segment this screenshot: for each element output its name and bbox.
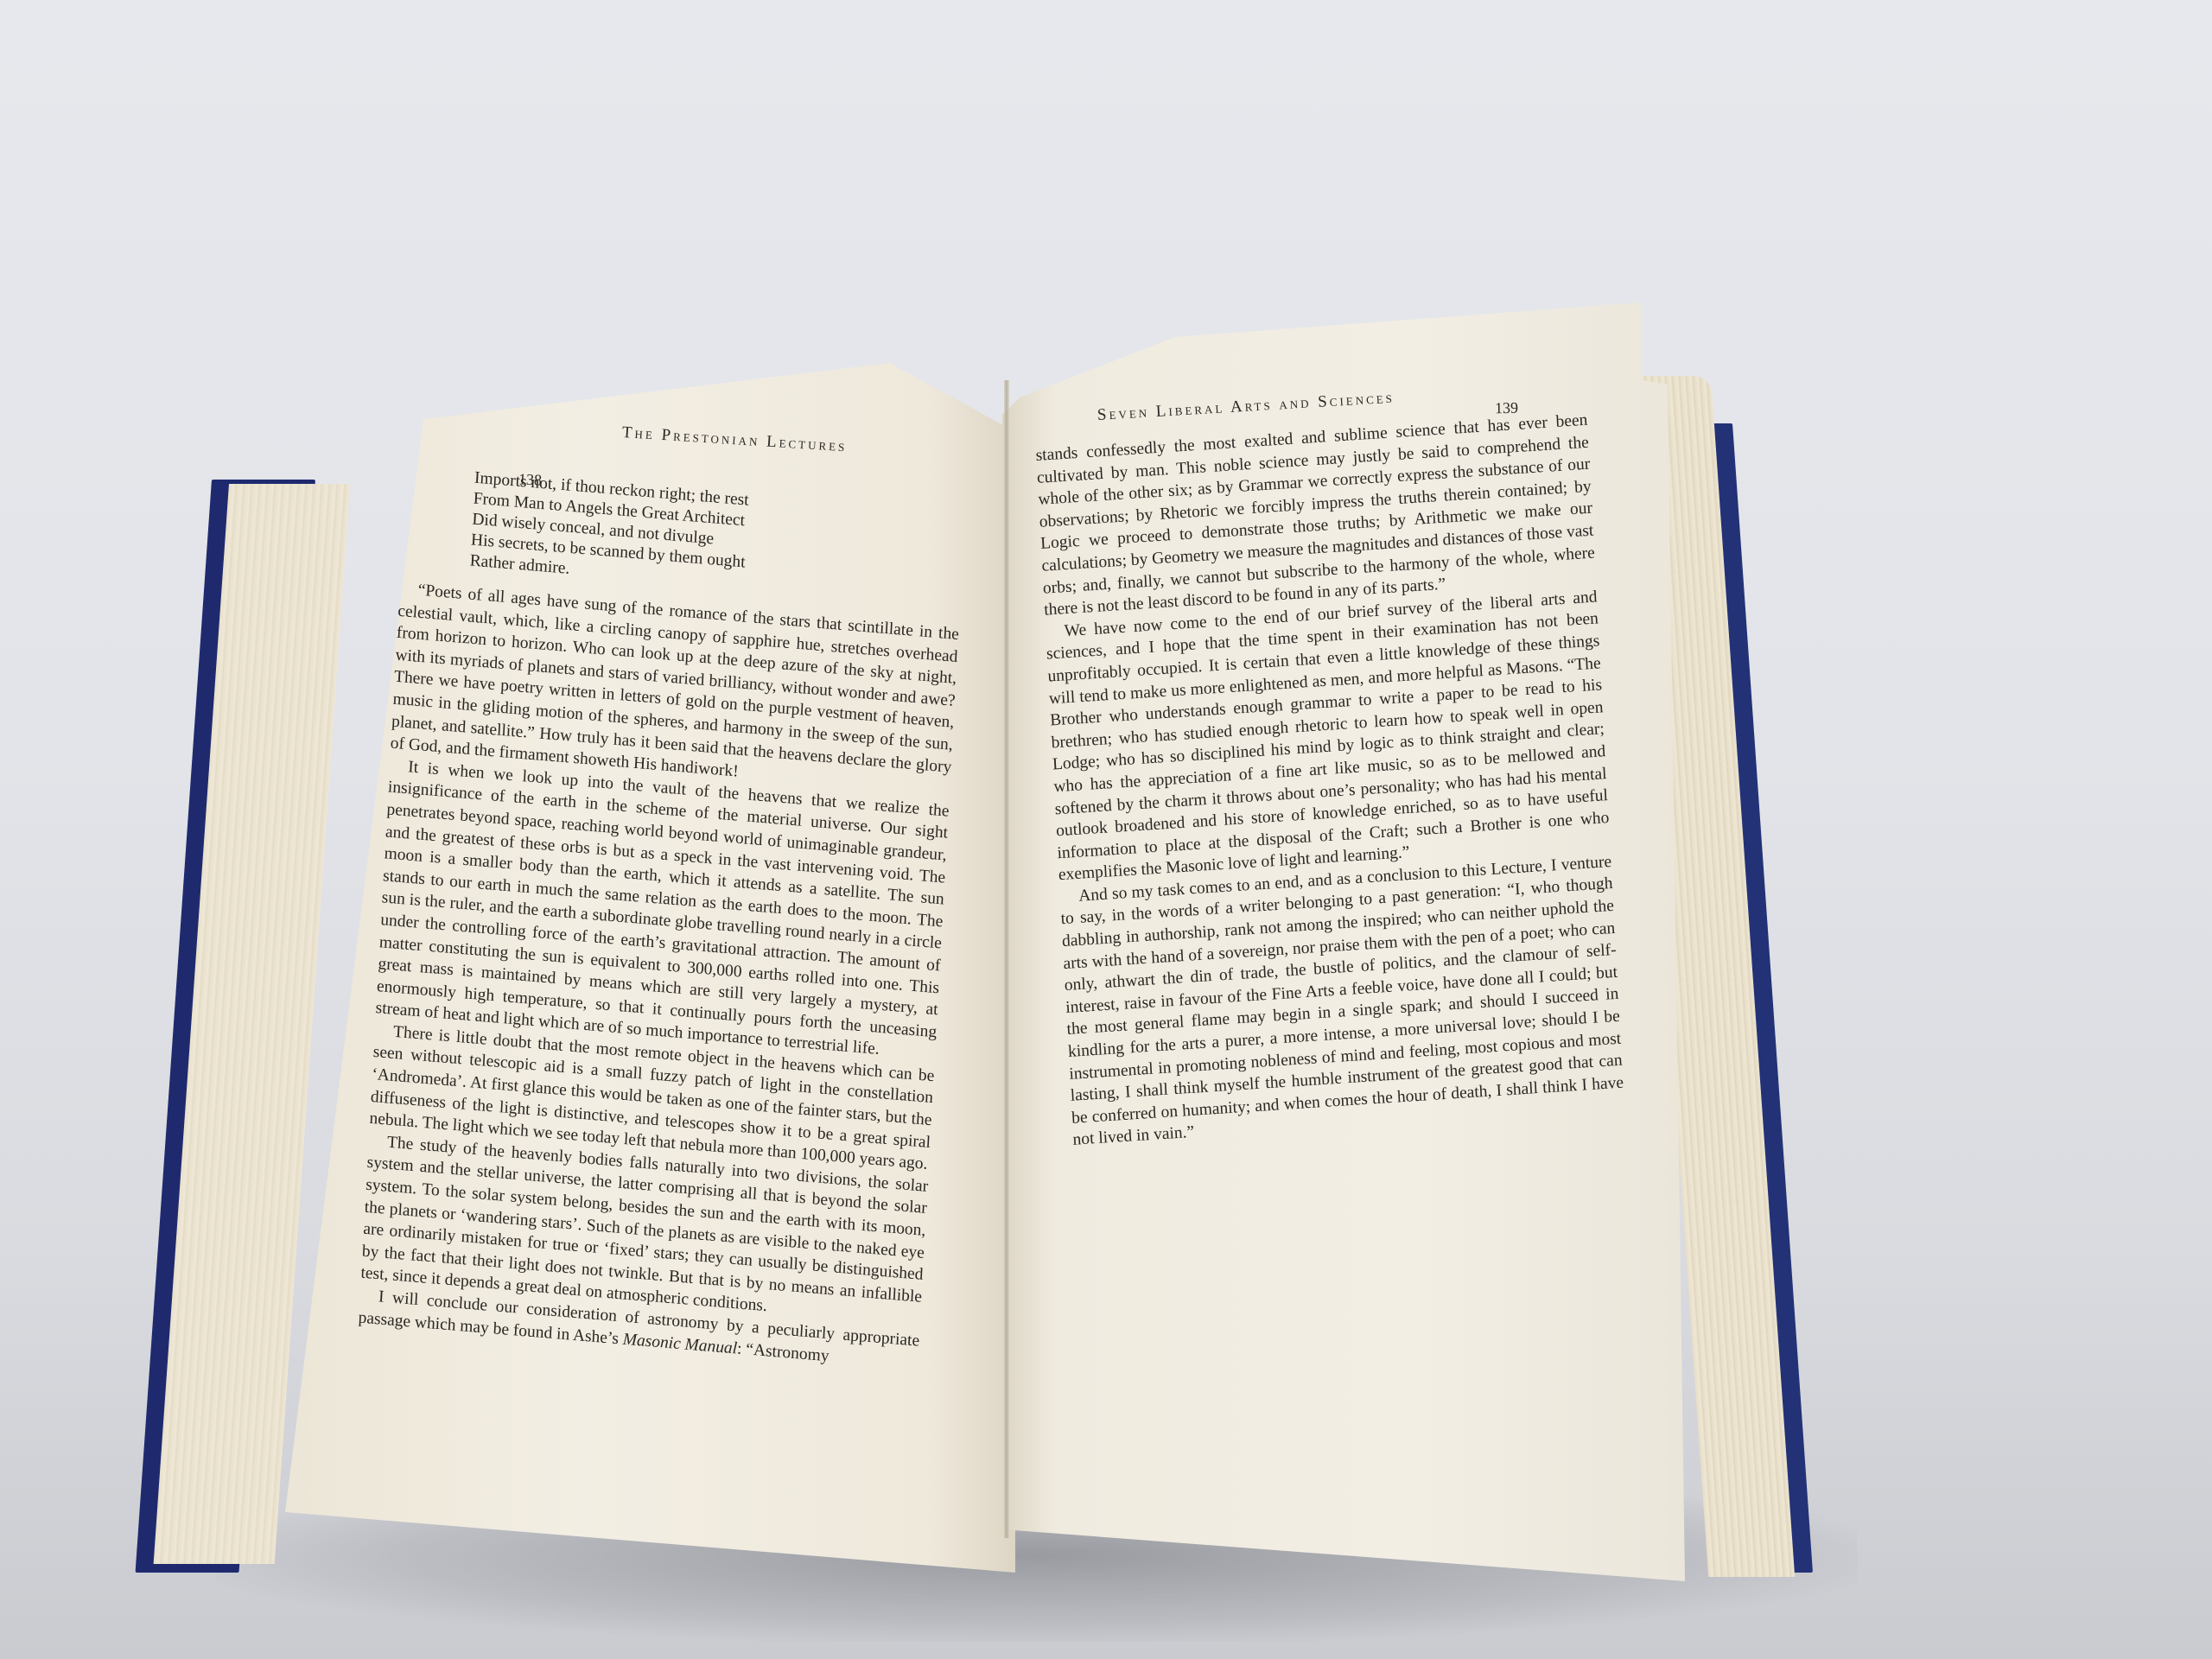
paragraph: It is when we look up into the vault of … [375,754,950,1065]
paragraph: We have now come to the end of our brief… [1045,586,1611,887]
book-gutter [1004,380,1009,1538]
photo-scene: The Prestonian Lectures 138 Imports not,… [0,0,2212,1659]
left-page-text: Imports not, if thou reckon right; the r… [358,462,966,1375]
right-page-text: stands confessedly the most exalted and … [1035,410,1625,1152]
paragraph: stands confessedly the most exalted and … [1035,410,1597,622]
paragraph: And so my task comes to an end, and as a… [1059,851,1625,1152]
